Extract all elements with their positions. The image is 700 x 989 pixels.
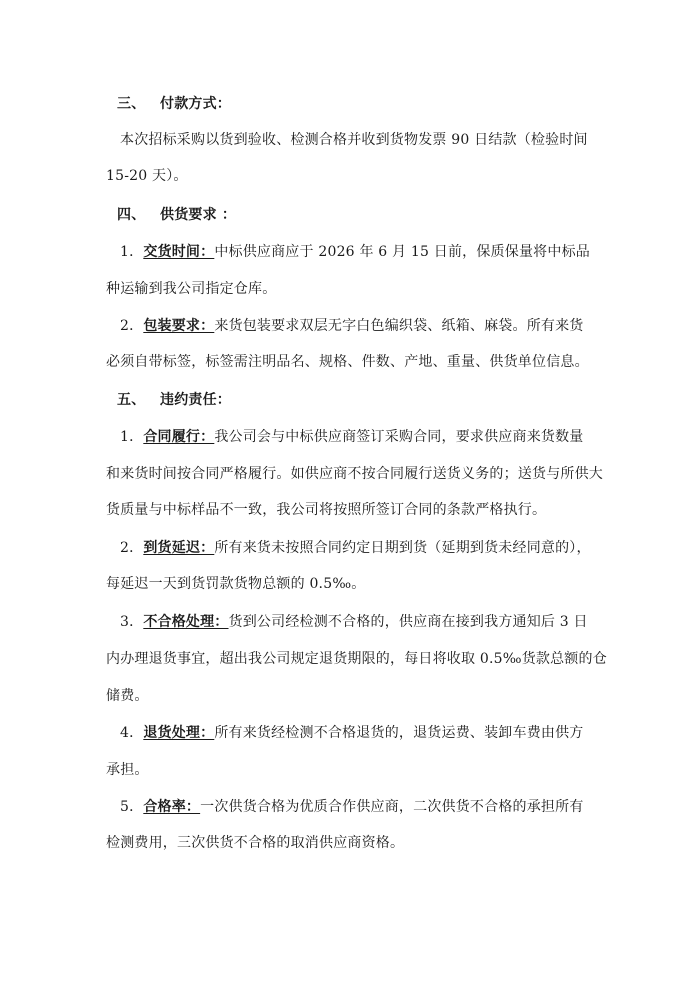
list-item-delivery-time: 1．交货时间：中标供应商应于 2026 年 6 月 15 日前，保质保量将中标品 bbox=[106, 243, 590, 261]
item-index: 5． bbox=[120, 799, 143, 815]
item-label: 合格率： bbox=[143, 799, 200, 815]
paragraph-line: 必须自带标签，标签需注明品名、规格、件数、产地、重量、供货单位信息。 bbox=[106, 353, 589, 371]
list-item-contract: 1．合同履行：我公司会与中标供应商签订采购合同，要求供应商来货数量 bbox=[106, 428, 584, 446]
section-title: 供货要求 ： bbox=[160, 207, 236, 223]
list-item-returns: 4．退货处理：所有来货经检测不合格退货的，退货运费、装卸车费由供方 bbox=[106, 724, 584, 742]
paragraph-line: 15-20 天）。 bbox=[106, 167, 188, 185]
paragraph-line: 内办理退货事宜，超出我公司规定退货期限的，每日将收取 0.5‰货款总额的仓 bbox=[106, 650, 607, 668]
section-title: 付款方式： bbox=[160, 96, 231, 112]
section-heading-liability: 五、违约责任： bbox=[117, 391, 231, 409]
section-heading-payment: 三、付款方式： bbox=[117, 95, 231, 113]
paragraph-line: 承担。 bbox=[106, 761, 149, 779]
item-text: 所有来货经检测不合格退货的，退货运费、装卸车费由供方 bbox=[214, 725, 583, 741]
item-text: 货到公司经检测不合格的，供应商在接到我方通知后 3 日 bbox=[229, 614, 588, 630]
item-label: 退货处理： bbox=[143, 725, 214, 741]
list-item-pass-rate: 5．合格率：一次供货合格为优质合作供应商，二次供货不合格的承担所有 bbox=[106, 798, 584, 816]
paragraph-line: 每延迟一天到货罚款货物总额的 0.5‰。 bbox=[106, 575, 366, 593]
section-number: 四、 bbox=[117, 206, 160, 224]
item-index: 2． bbox=[120, 318, 143, 334]
item-label: 包装要求： bbox=[143, 318, 214, 334]
paragraph-line: 和来货时间按合同严格履行。如供应商不按合同履行送货义务的；送货与所供大 bbox=[106, 465, 603, 483]
list-item-delay: 2．到货延迟：所有来货未按照合同约定日期到货（延期到货未经同意的）， bbox=[106, 539, 591, 557]
item-label: 到货延迟： bbox=[143, 540, 214, 556]
paragraph-line: 货质量与中标样品不一致，我公司将按照所签订合同的条款严格执行。 bbox=[106, 501, 546, 519]
item-index: 3． bbox=[120, 614, 143, 630]
item-text: 所有来货未按照合同约定日期到货（延期到货未经同意的）， bbox=[214, 540, 590, 556]
item-text: 来货包装要求双层无字白色编织袋、纸箱、麻袋。所有来货 bbox=[214, 318, 583, 334]
item-text: 我公司会与中标供应商签订采购合同，要求供应商来货数量 bbox=[214, 429, 583, 445]
paragraph-line: 本次招标采购以货到验收、检测合格并收到货物发票 90 日结款（检验时间 bbox=[106, 131, 588, 149]
item-index: 2． bbox=[120, 540, 143, 556]
item-index: 1． bbox=[120, 429, 143, 445]
item-index: 1． bbox=[120, 244, 143, 260]
section-title: 违约责任： bbox=[160, 392, 231, 408]
item-index: 4． bbox=[120, 725, 143, 741]
paragraph-line: 检测费用，三次供货不合格的取消供应商资格。 bbox=[106, 834, 404, 852]
item-label: 不合格处理： bbox=[143, 614, 228, 630]
section-number: 五、 bbox=[117, 391, 160, 409]
list-item-packaging: 2．包装要求：来货包装要求双层无字白色编织袋、纸箱、麻袋。所有来货 bbox=[106, 317, 584, 335]
item-label: 交货时间： bbox=[143, 244, 214, 260]
item-label: 合同履行： bbox=[143, 429, 214, 445]
section-number: 三、 bbox=[117, 95, 160, 113]
paragraph-line: 种运输到我公司指定仓库。 bbox=[106, 280, 276, 298]
paragraph-line: 储费。 bbox=[106, 687, 149, 705]
list-item-nonconforming: 3．不合格处理：货到公司经检测不合格的，供应商在接到我方通知后 3 日 bbox=[106, 613, 588, 631]
section-heading-supply: 四、供货要求 ： bbox=[117, 206, 236, 224]
item-text: 一次供货合格为优质合作供应商，二次供货不合格的承担所有 bbox=[200, 799, 583, 815]
item-text: 中标供应商应于 2026 年 6 月 15 日前，保质保量将中标品 bbox=[214, 244, 590, 260]
